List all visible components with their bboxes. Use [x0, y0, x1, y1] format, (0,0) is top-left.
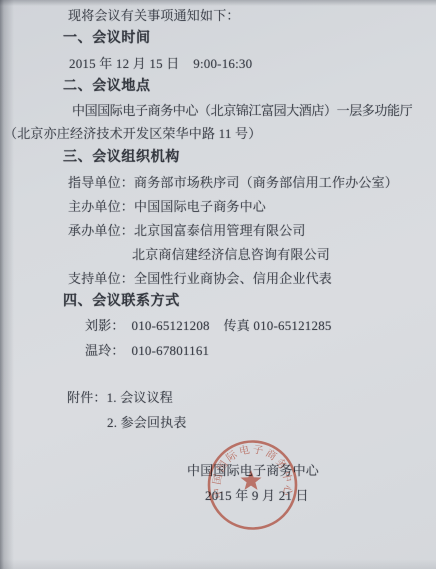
- section-heading-meeting-time: 一、会议时间: [63, 31, 151, 46]
- venue-line-1: 中国国际电子商务中心（北京锦江富园大酒店）一层多功能厅: [72, 103, 412, 118]
- contact-line-1: 刘影： 010-65121208 传真 010-65121285: [85, 318, 332, 333]
- intro-line: 现将会议有关事项通知如下：: [68, 8, 240, 23]
- organizer-line-support: 支持单位：全国性行业商协会、信用企业代表: [68, 271, 332, 286]
- official-seal: 中国国际电子商务中心: [206, 437, 299, 534]
- organizer-line-undertaker-1: 承办单位：北京国富泰信用管理有限公司: [68, 223, 306, 238]
- seal-star-icon: [241, 470, 262, 490]
- contact-line-2: 温玲： 010-67801161: [85, 343, 209, 358]
- section-heading-organizers: 三、会议组织机构: [63, 150, 180, 165]
- attachment-line-1: 附件：1. 会议议程: [67, 390, 173, 405]
- attachment-line-2: 2. 参会回执表: [107, 415, 187, 430]
- section-heading-meeting-venue: 二、会议地点: [63, 79, 151, 94]
- organizer-line-guidance: 指导单位：商务部市场秩序司（商务部信用工作办公室）: [68, 175, 398, 190]
- organizer-line-undertaker-2: 北京商信建经济信息咨询有限公司: [132, 247, 330, 262]
- seal-text: 中国国际电子商务中心: [210, 443, 295, 500]
- section-heading-contacts: 四、会议联系方式: [63, 294, 180, 309]
- meeting-time-line: 2015 年 12 月 15 日 9:00-16:30: [69, 56, 252, 71]
- venue-line-2: （北京亦庄经济技术开发区荣华中路 11 号）: [4, 126, 261, 141]
- scanned-notice-page: 现将会议有关事项通知如下： 一、会议时间 2015 年 12 月 15 日 9:…: [0, 0, 436, 569]
- organizer-line-host: 主办单位：中国国际电子商务中心: [68, 199, 266, 214]
